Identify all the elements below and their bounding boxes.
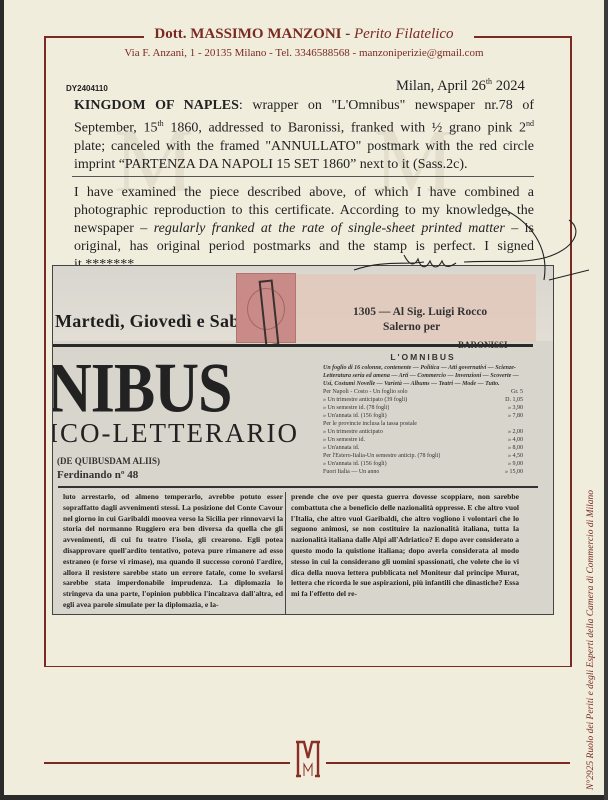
rate-value: » 7,80: [508, 412, 523, 420]
certificate-id: DY2404110: [66, 84, 108, 93]
certificate-page: M M Dott. MASSIMO MANZONI - Perito Filat…: [4, 0, 604, 795]
newspaper-subtitle: ICO-LETTERARIO: [52, 418, 299, 449]
rate-label: Per le provincie inclusa la tassa postal…: [323, 420, 417, 428]
newspaper-photo: Martedì, Giovedì e Sabat 1305 — Al Sig. …: [52, 265, 554, 615]
footer-line: [44, 762, 290, 764]
rate-value: » 2,00: [508, 428, 523, 436]
rate-row: » Un'annata id.» 8,00: [323, 444, 523, 452]
rate-row: » Un'annata id. (156 fogli)» 9,00: [323, 460, 523, 468]
rate-value: » 9,00: [508, 460, 523, 468]
postage-stamp: [236, 273, 296, 343]
newspaper-issue: Ferdinando nº 48: [57, 469, 138, 481]
rate-row: » Un semestre id.» 4,00: [323, 436, 523, 444]
scan-edge: [604, 0, 608, 800]
rate-label: » Un'annata id. (156 fogli): [323, 412, 387, 420]
rate-label: Per l'Estero-Italia-Un semestre anticip.…: [323, 452, 440, 460]
address-line-2: Salerno per: [383, 321, 440, 333]
subscription-box: L'OMNIBUS Un foglio di 16 colonne, conte…: [323, 353, 523, 476]
rate-value: » 4,00: [508, 436, 523, 444]
rate-row: » Un trimestre anticipato» 2,00: [323, 428, 523, 436]
newspaper-rule: [53, 344, 533, 347]
subscription-rates: Per Napoli - Costo - Un foglio soloGr. 5…: [323, 388, 523, 476]
rate-label: Fuori Italia — Un anno: [323, 468, 379, 476]
rate-label: » Un trimestre anticipato: [323, 428, 383, 436]
rate-label: » Un semestre id. (78 fogli): [323, 404, 389, 412]
rate-label: » Un'annata id.: [323, 444, 359, 452]
rate-row: » Un semestre id. (78 fogli)» 3,90: [323, 404, 523, 412]
article-column-left: luto arrestarlo, od almeno temperarlo, a…: [63, 492, 283, 611]
rate-row: Fuori Italia — Un anno» 15,00: [323, 468, 523, 476]
rate-label: » Un semestre id.: [323, 436, 365, 444]
mm-monogram-logo: [293, 738, 323, 780]
newspaper-motto: (DE QUIBUSDAM ALIIS): [57, 456, 160, 466]
newspaper-days: Martedì, Giovedì e Sabat: [55, 311, 255, 332]
certificate-date: Milan, April 26th 2024: [396, 77, 525, 95]
rate-value: » 8,00: [508, 444, 523, 452]
rate-row: Per le provincie inclusa la tassa postal…: [323, 420, 523, 428]
rate-value: » 15,00: [505, 468, 523, 476]
expert-address: Via F. Anzani, 1 - 20135 Milano - Tel. 3…: [4, 47, 604, 59]
expert-signature: [344, 210, 594, 310]
registry-note: N°2925 Ruolo dei Periti e degli Esperti …: [586, 490, 596, 790]
rate-value: D. 1,05: [505, 396, 523, 404]
subscription-intro: Un foglio di 16 colonne, contenente — Po…: [323, 364, 523, 388]
subscription-title: L'OMNIBUS: [323, 353, 523, 361]
column-divider: [285, 492, 286, 614]
footer-line: [326, 762, 570, 764]
rate-row: » Un trimestre anticipato (39 fogli)D. 1…: [323, 396, 523, 404]
item-description: KINGDOM OF NAPLES: wrapper on "L'Omnibus…: [74, 97, 534, 174]
rate-value: » 4,50: [508, 452, 523, 460]
section-divider: [72, 176, 534, 177]
article-column-right: prende che ove per questa guerra dovesse…: [291, 492, 519, 600]
rate-row: Per l'Estero-Italia-Un semestre anticip.…: [323, 452, 523, 460]
rate-label: » Un trimestre anticipato (39 fogli): [323, 396, 407, 404]
rate-label: » Un'annata id. (156 fogli): [323, 460, 387, 468]
rate-value: Gr. 5: [511, 388, 523, 396]
expert-name: Dott. MASSIMO MANZONI - Perito Filatelic…: [4, 26, 604, 43]
rate-value: » 3,90: [508, 404, 523, 412]
rate-label: Per Napoli - Costo - Un foglio solo: [323, 388, 408, 396]
rate-row: » Un'annata id. (156 fogli)» 7,80: [323, 412, 523, 420]
newspaper-rule: [58, 486, 538, 488]
rate-row: Per Napoli - Costo - Un foglio soloGr. 5: [323, 388, 523, 396]
